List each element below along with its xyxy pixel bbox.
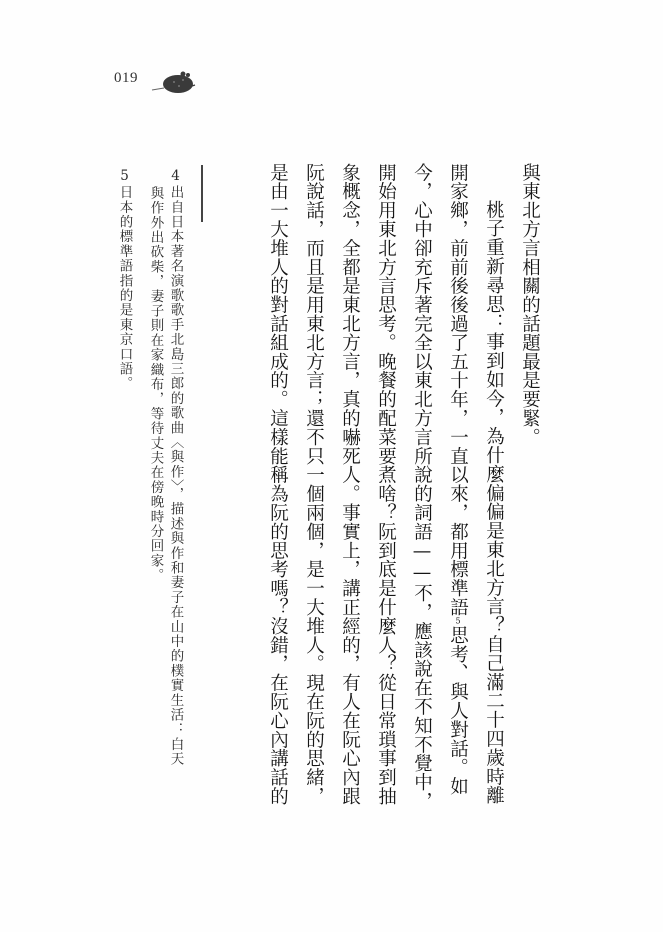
text-column-1: 與東北方言相關的話題最是要緊。 (520, 163, 539, 447)
text-column-3-tail: 思考、與人對話。如 (448, 626, 469, 796)
footnote-4: 4出自日本著名演歌歌手北島三郎的歌曲〈與作〉，描述與作和妻子在山中的樸實生活：白… (168, 168, 182, 766)
text-column-4: 今，心中卻充斥著完全以東北方言所說的詞語——不，應該說在不知不覺中， (412, 163, 431, 811)
footnote-4-number: 4 (168, 168, 184, 185)
footnote-5: 5日本的標準語指的是東京口語。 (117, 168, 131, 391)
text-column-5: 開始用東北方言思考。晚餐的配菜要煮啥？阮到底是什麼人？從日常瑣事到抽 (376, 163, 395, 806)
footnote-4-continuation: 與作外出砍柴，妻子則在家織布，等待丈夫在傍晚時分回家。 (148, 186, 162, 583)
text-column-3: 開家鄉，前前後後過了五十年，一直以來，都用標準語5思考、與人對話。如 (448, 163, 467, 796)
text-column-3-head: 開家鄉，前前後後過了五十年，一直以來，都用標準語 (448, 163, 469, 617)
text-column-6: 象概念，全都是東北方言，真的嚇死人。事實上，講正經的，有人在阮心內跟 (340, 163, 359, 806)
footnote-5-line1: 日本的標準語指的是東京口語。 (117, 185, 133, 391)
text-column-7: 阮說話，而且是用東北方言；還不只一個兩個，是一大堆人。現在阮的思緒， (304, 163, 323, 806)
text-column-2: 桃子重新尋思：事到如今，為什麼偏偏是東北方言？自己滿二十四歲時離 (484, 200, 503, 805)
footnote-divider (201, 165, 203, 222)
book-page: 019 與東北方言相關的話題最是要緊。 桃子重新尋思：事到如今，為什麼偏偏是東北… (0, 0, 663, 932)
text-column-8: 是由一大堆人的對話組成的。這樣能稱為阮的思考嗎？沒錯，在阮心內講話的 (268, 163, 287, 806)
page-number: 019 (114, 70, 138, 87)
footnote-ref-5[interactable]: 5 (454, 617, 463, 626)
footnote-5-number: 5 (117, 168, 133, 185)
mouse-icon (150, 66, 196, 96)
footnote-4-line1: 出自日本著名演歌歌手北島三郎的歌曲〈與作〉，描述與作和妻子在山中的樸實生活：白天 (168, 185, 184, 766)
